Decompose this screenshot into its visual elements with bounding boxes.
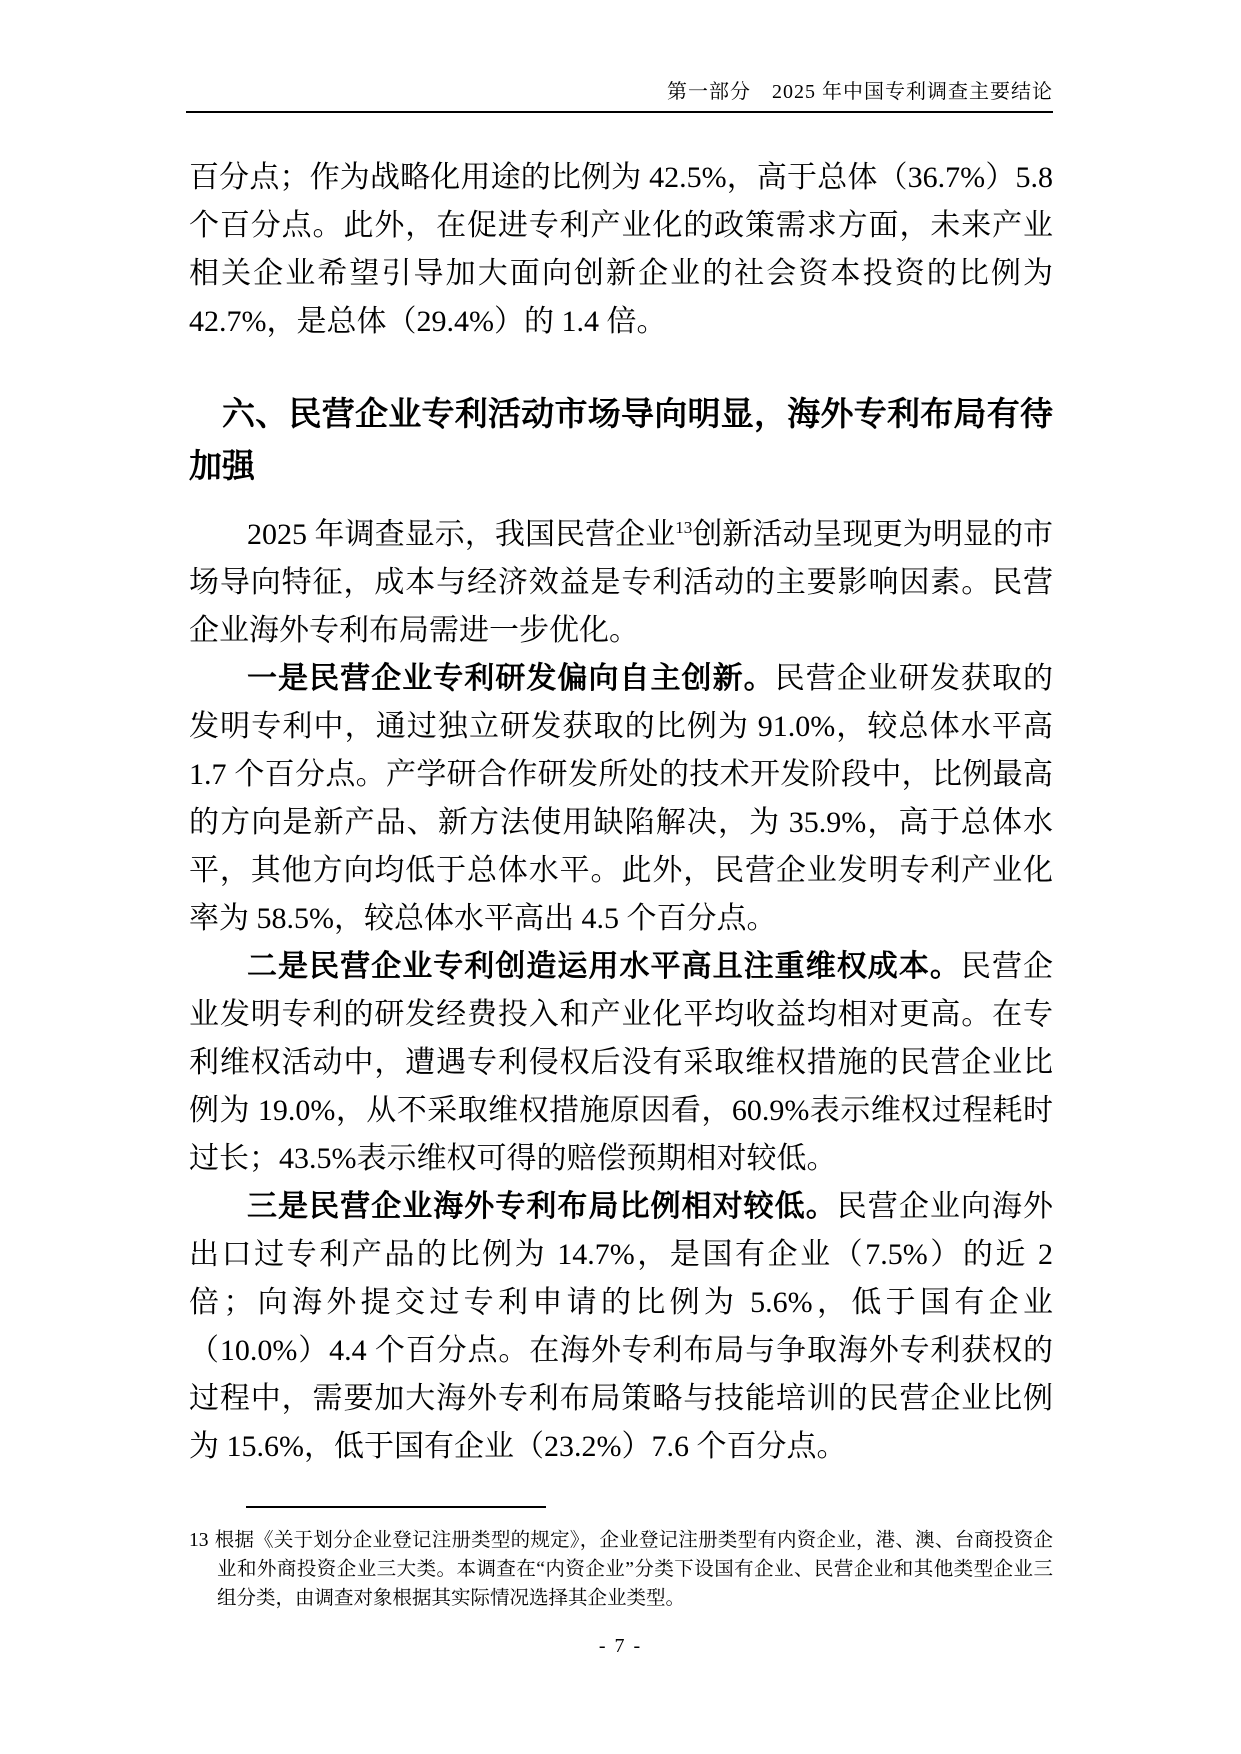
footnote-reference-mark: 13 — [675, 518, 692, 537]
point-1-body: 民营企业研发获取的发明专利中，通过独立研发获取的比例为 91.0%，较总体水平高… — [189, 662, 1053, 935]
point-3-body: 民营企业向海外出口过专利产品的比例为 14.7%，是国有企业（7.5%）的近 2… — [189, 1190, 1053, 1463]
page-number: - 7 - — [0, 1634, 1241, 1658]
running-head-title: 第一部分 2025 年中国专利调查主要结论 — [186, 80, 1053, 104]
paragraph-continuation: 百分点；作为战略化用途的比例为 42.5%，高于总体（36.7%）5.8 个百分… — [189, 154, 1053, 346]
page-header: 第一部分 2025 年中国专利调查主要结论 — [186, 80, 1053, 113]
point-paragraph-2: 二是民营企业专利创造运用水平高且注重维权成本。民营企业发明专利的研发经费投入和产… — [189, 943, 1053, 1183]
point-paragraph-1: 一是民营企业专利研发偏向自主创新。民营企业研发获取的发明专利中，通过独立研发获取… — [189, 655, 1053, 943]
footnote-text: 根据《关于划分企业登记注册类型的规定》，企业登记注册类型有内资企业，港、澳、台商… — [215, 1530, 1054, 1609]
section-heading: 六、民营企业专利活动市场导向明显，海外专利布局有待加强 — [189, 388, 1053, 492]
intro-paragraph: 2025 年调查显示，我国民营企业13创新活动呈现更为明显的市场导向特征，成本与… — [189, 511, 1053, 655]
point-2-body: 民营企业发明专利的研发经费投入和产业化平均收益均相对更高。在专利维权活动中，遭遇… — [189, 950, 1053, 1175]
footnote-area: 13根据《关于划分企业登记注册类型的规定》，企业登记注册类型有内资企业，港、澳、… — [189, 1506, 1053, 1613]
point-paragraph-3: 三是民营企业海外专利布局比例相对较低。民营企业向海外出口过专利产品的比例为 14… — [189, 1183, 1053, 1471]
intro-text-before: 2025 年调查显示，我国民营企业 — [247, 518, 675, 551]
point-2-lead: 二是民营企业专利创造运用水平高且注重维权成本。 — [247, 950, 961, 983]
document-page: 第一部分 2025 年中国专利调查主要结论 百分点；作为战略化用途的比例为 42… — [0, 0, 1241, 1754]
footnote-separator — [246, 1506, 546, 1508]
document-body: 百分点；作为战略化用途的比例为 42.5%，高于总体（36.7%）5.8 个百分… — [189, 154, 1053, 1471]
footnote: 13根据《关于划分企业登记注册类型的规定》，企业登记注册类型有内资企业，港、澳、… — [189, 1526, 1053, 1613]
point-3-lead: 三是民营企业海外专利布局比例相对较低。 — [247, 1190, 837, 1223]
footnote-number: 13 — [189, 1530, 215, 1551]
point-1-lead: 一是民营企业专利研发偏向自主创新。 — [247, 662, 775, 695]
